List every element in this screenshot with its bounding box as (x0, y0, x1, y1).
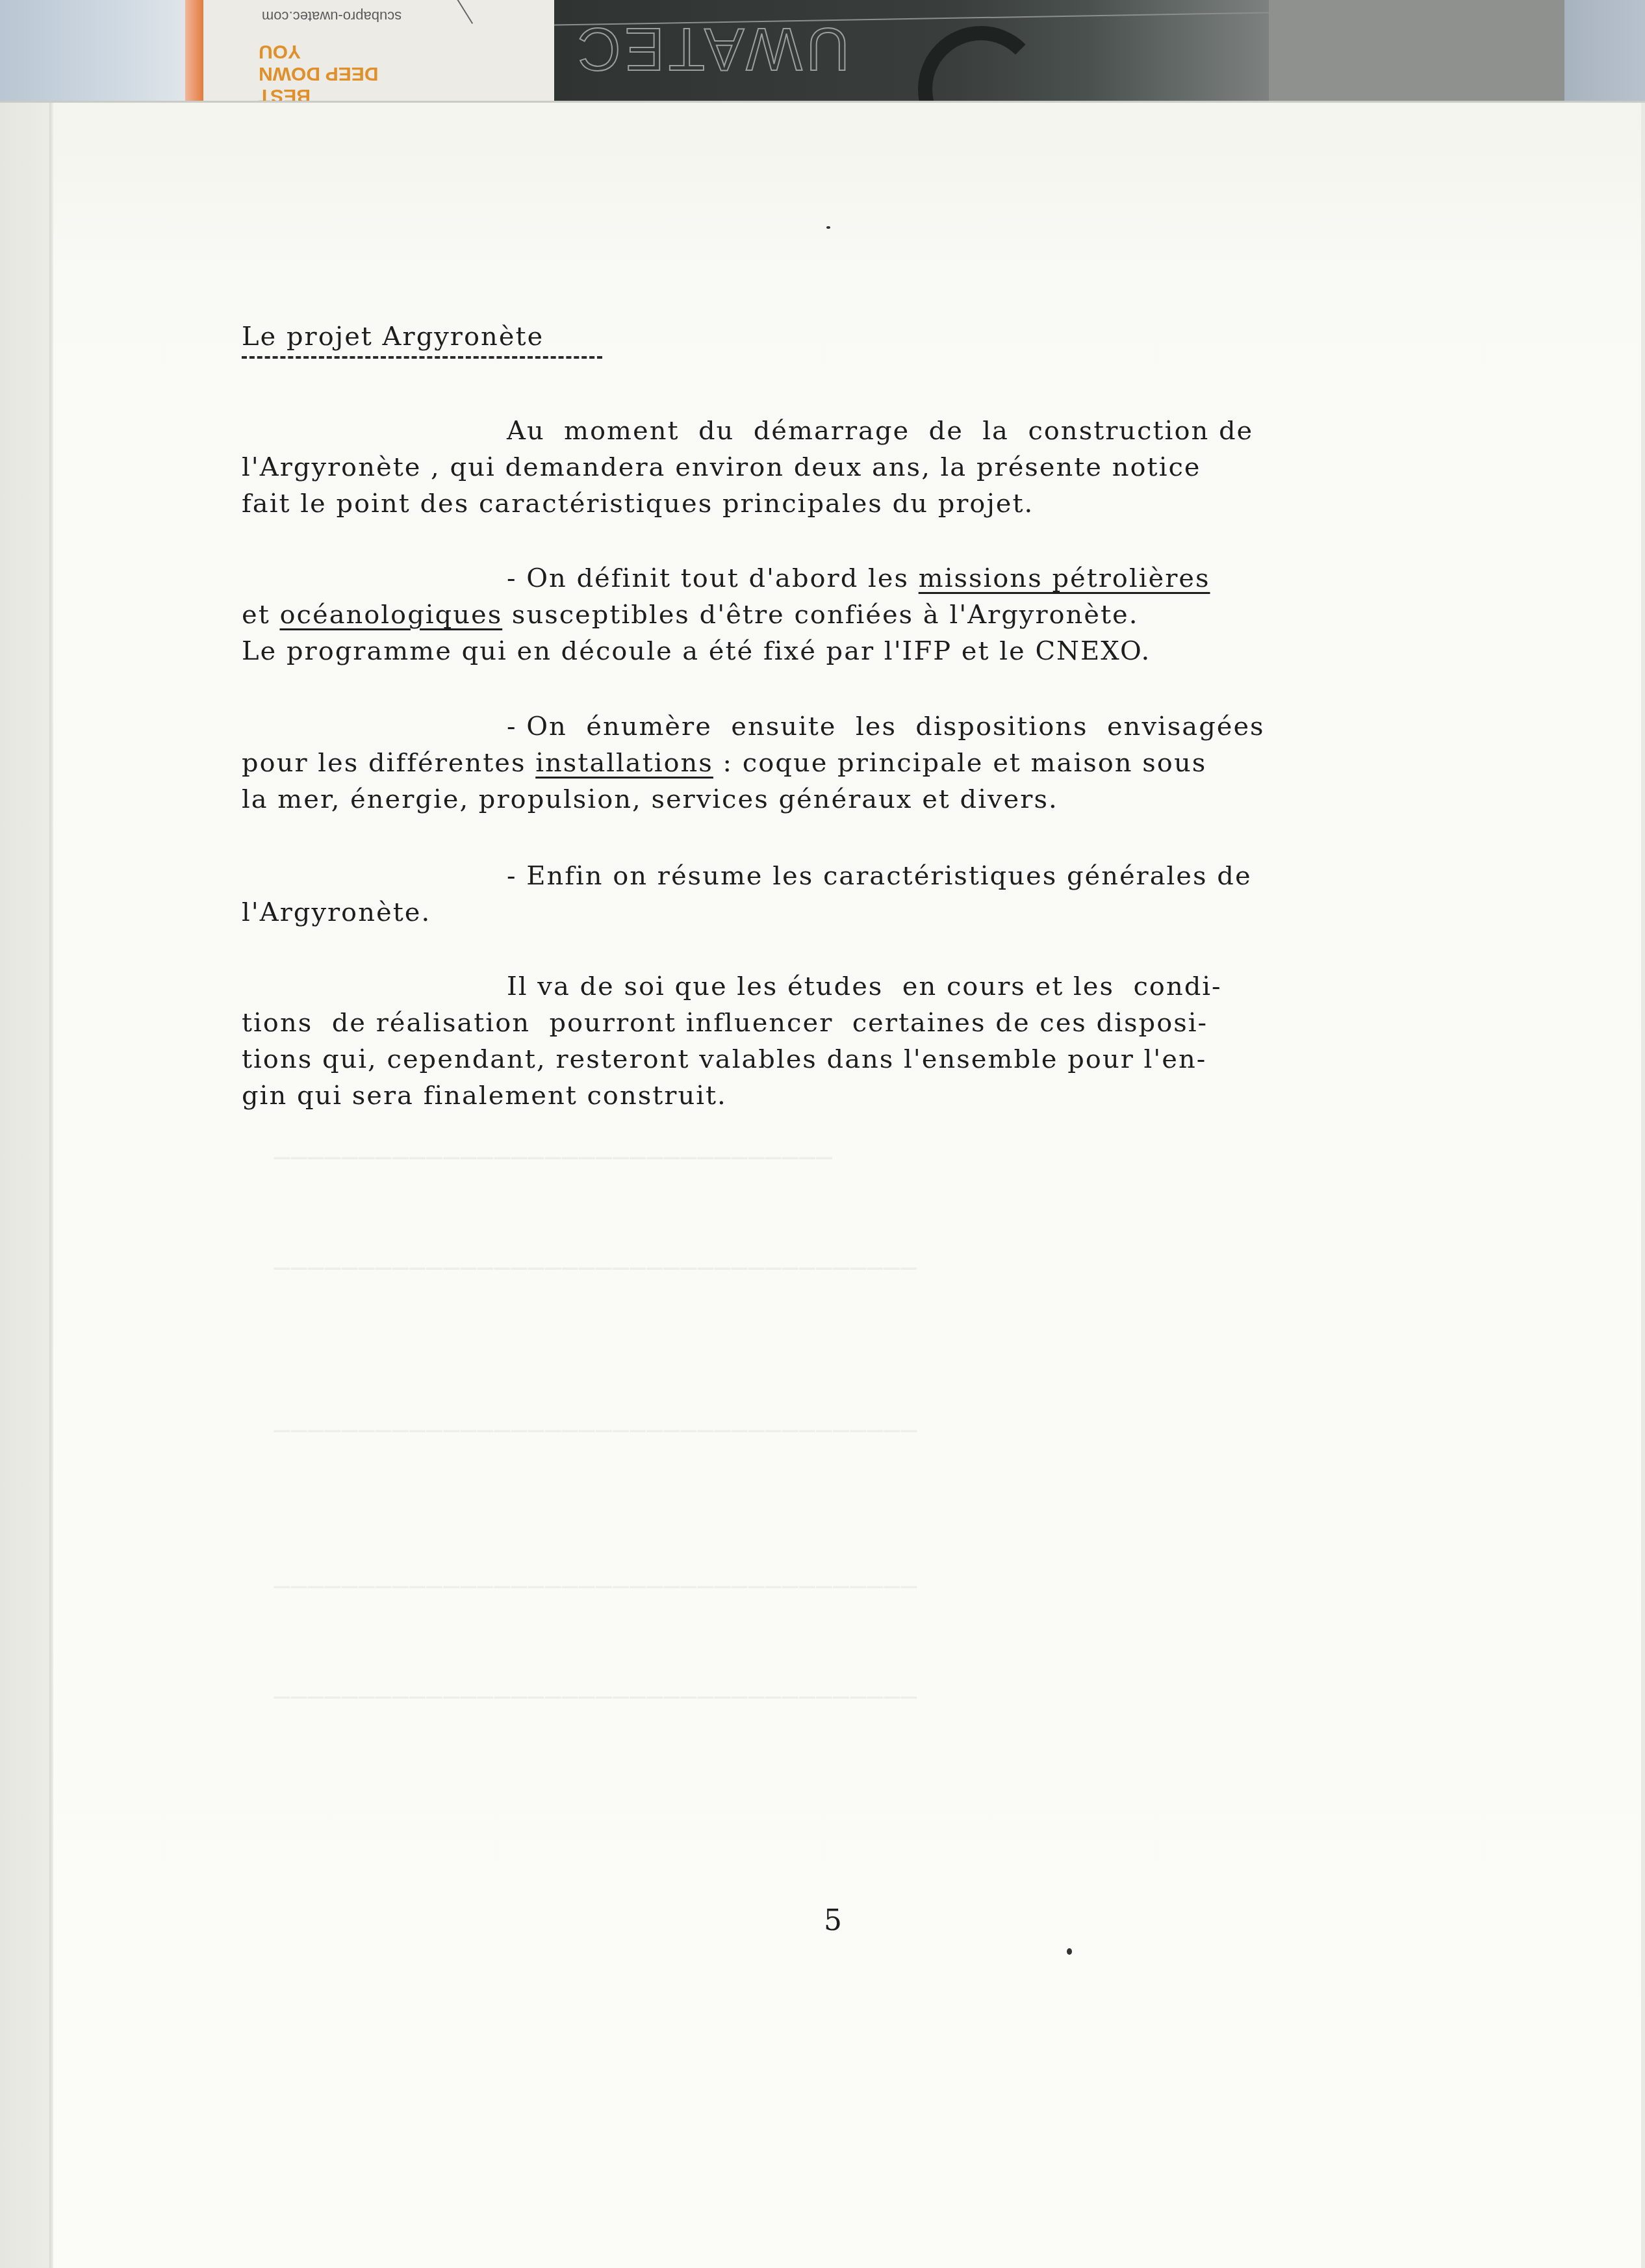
paragraph-conclusion: Il va de soi que les études en cours et … (242, 968, 1398, 1118)
document-title: Le projet Argyronète (242, 318, 544, 355)
paragraph-line: gin qui sera finalement construit. (242, 1077, 727, 1114)
scan-speck (1067, 1948, 1072, 1955)
ad-card-url: scubapro-uwatec.com (262, 8, 402, 25)
paragraph-text: - On définit tout d'abord les (507, 563, 919, 593)
background-blue-surface-right (1564, 0, 1645, 109)
paragraph-line: Le programme qui en découle a été fixé p… (242, 633, 1151, 669)
document-body: Le projet Argyronète (242, 318, 1398, 378)
paragraph-summary: - Enfin on résume les caractéristiques g… (242, 858, 1398, 947)
background-blue-surface (0, 0, 195, 114)
page-fold-line (49, 103, 53, 2268)
bleed-through-text: ────────────────────────────────────── (273, 1573, 945, 1603)
bleed-through-text: ────────────────────────────────────── (273, 1254, 945, 1284)
paragraph-line: et océanologiques susceptibles d'être co… (242, 597, 1139, 633)
bleed-through-text: ────────────────────────────────────── (273, 1683, 945, 1713)
ad-card-diagonal-line (455, 0, 473, 24)
paragraph-line: Il va de soi que les études en cours et … (507, 968, 1222, 1005)
paragraph-intro: Au moment du démarrage de la constructio… (242, 413, 1398, 532)
underlined-term-installations: installations (535, 748, 713, 778)
paragraph-line: pour les différentes installations : coq… (242, 745, 1206, 781)
bleed-through-text: ────────────────────────────────────── (273, 1417, 945, 1447)
paragraph-line: - Enfin on résume les caractéristiques g… (507, 858, 1252, 894)
page-number: 5 (824, 1904, 842, 1937)
underlined-term-missions-petrolieres: missions pétrolières (919, 563, 1210, 593)
paragraph-installations: - On énumère ensuite les dispositions en… (242, 708, 1398, 828)
paragraph-line: tions qui, cependant, resteront valables… (242, 1041, 1206, 1077)
paragraph-text: susceptibles d'être confiées à l'Argyron… (502, 600, 1138, 630)
paragraph-text: pour les différentes (242, 748, 535, 778)
paragraph-line: Au moment du démarrage de la constructio… (507, 413, 1398, 449)
background-grey-surface (1269, 0, 1564, 107)
brand-logo-text: UWATEC (574, 14, 849, 83)
paragraph-line: fait le point des caractéristiques princ… (242, 485, 1034, 522)
scan-speck (826, 226, 830, 229)
paragraph-line: - On définit tout d'abord les missions p… (507, 560, 1210, 597)
paragraph-line: tions de réalisation pourront influencer… (242, 1005, 1208, 1041)
ad-card-slogan-line-1: DEEP DOWN YOU (259, 40, 395, 84)
paragraph-missions: - On définit tout d'abord les missions p… (242, 560, 1398, 680)
background-dark-panel: UWATEC (554, 0, 1269, 107)
paragraph-line: - On énumère ensuite les dispositions en… (507, 708, 1265, 745)
paragraph-line: l'Argyronète , qui demandera environ deu… (242, 449, 1201, 485)
underlined-term-oceanologiques: océanologiques (279, 600, 502, 630)
page-right-edge (1641, 103, 1645, 2268)
title-dashed-underline (242, 356, 602, 359)
paragraph-text: : coque principale et maison sous (713, 748, 1206, 778)
background-orange-stripe (185, 0, 203, 114)
page-left-margin-shade (0, 103, 52, 2268)
paragraph-text: et (242, 600, 279, 630)
bleed-through-text: ───────────────────────────────── (273, 1144, 918, 1174)
background-scene: scubapro-uwatec.com WANT THE BEST DEEP D… (0, 0, 1645, 114)
paragraph-line: la mer, énergie, propulsion, services gé… (242, 781, 1058, 818)
paragraph-line: l'Argyronète. (242, 894, 431, 931)
background-ad-card: scubapro-uwatec.com WANT THE BEST DEEP D… (203, 0, 554, 104)
